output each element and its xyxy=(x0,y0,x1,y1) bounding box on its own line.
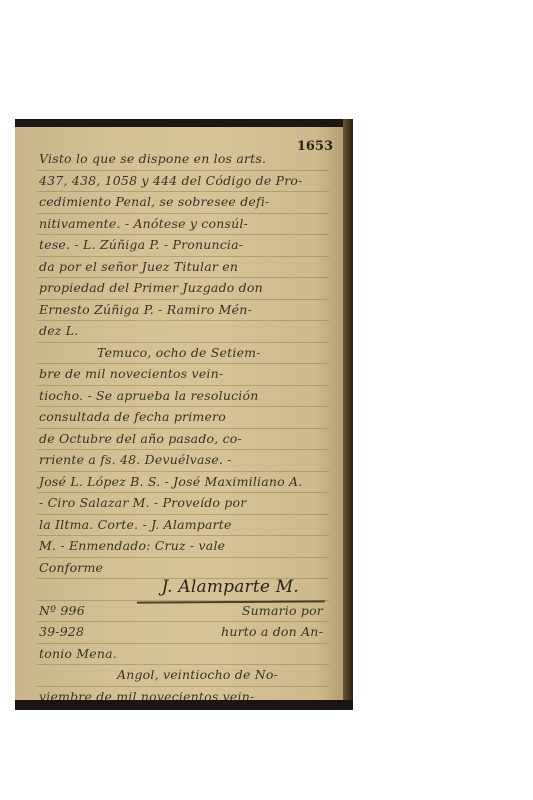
text-line: bre de mil novecientos vein- xyxy=(37,364,329,386)
entry-header-line-2: 39-928 hurto a don An- xyxy=(37,622,329,644)
text-line: Conforme xyxy=(37,558,329,580)
text-line: Temuco, ocho de Setiem- xyxy=(37,343,329,365)
text-line: cedimiento Penal, se sobresee defi- xyxy=(37,192,329,214)
text-line: Ernesto Zúñiga P. - Ramiro Mén- xyxy=(37,300,329,322)
text-line: de Octubre del año pasado, co- xyxy=(37,429,329,451)
case-title: hurto a don An- xyxy=(221,622,323,642)
text-line: - Ciro Salazar M. - Proveído por xyxy=(37,493,329,515)
text-line: 437, 438, 1058 y 444 del Código de Pro- xyxy=(37,171,329,193)
signature-line: J. Alamparte M. xyxy=(37,579,329,601)
text-line: consultada de fecha primero xyxy=(37,407,329,429)
text-line: la Iltma. Corte. - J. Alamparte xyxy=(37,515,329,537)
text-line: Angol, veintiocho de No- xyxy=(37,665,329,687)
case-title: Sumario por xyxy=(242,601,323,621)
text-line: tese. - L. Zúñiga P. - Pronuncia- xyxy=(37,235,329,257)
text-line: propiedad del Primer Juzgado don xyxy=(37,278,329,300)
entry-number: Nº 996 xyxy=(39,603,85,618)
entry-header-line-1: Nº 996 Sumario por xyxy=(37,601,329,623)
text-line: rriente a fs. 48. Devuélvase. - xyxy=(37,450,329,472)
scan-bottom-edge xyxy=(15,700,353,710)
book-spine-edge xyxy=(343,119,353,710)
paper-page: 1653 Visto lo que se dispone en los arts… xyxy=(15,127,343,703)
text-line: tonio Mena. xyxy=(37,644,329,666)
signature: J. Alamparte M. xyxy=(161,577,299,597)
text-line: M. - Enmendado: Cruz - vale xyxy=(37,536,329,558)
text-line: da por el señor Juez Titular en xyxy=(37,257,329,279)
text-line: José L. López B. S. - José Maximiliano A… xyxy=(37,472,329,494)
text-line: tiocho. - Se aprueba la resolución xyxy=(37,386,329,408)
text-line: Visto lo que se dispone en los arts. xyxy=(37,149,329,171)
text-line: nitivamente. - Anótese y consúl- xyxy=(37,214,329,236)
text-line: dez L. xyxy=(37,321,329,343)
scanned-ledger-page: 1653 Visto lo que se dispone en los arts… xyxy=(15,119,353,710)
file-number: 39-928 xyxy=(39,624,84,639)
handwritten-text-body: Visto lo que se dispone en los arts. 437… xyxy=(37,149,329,693)
